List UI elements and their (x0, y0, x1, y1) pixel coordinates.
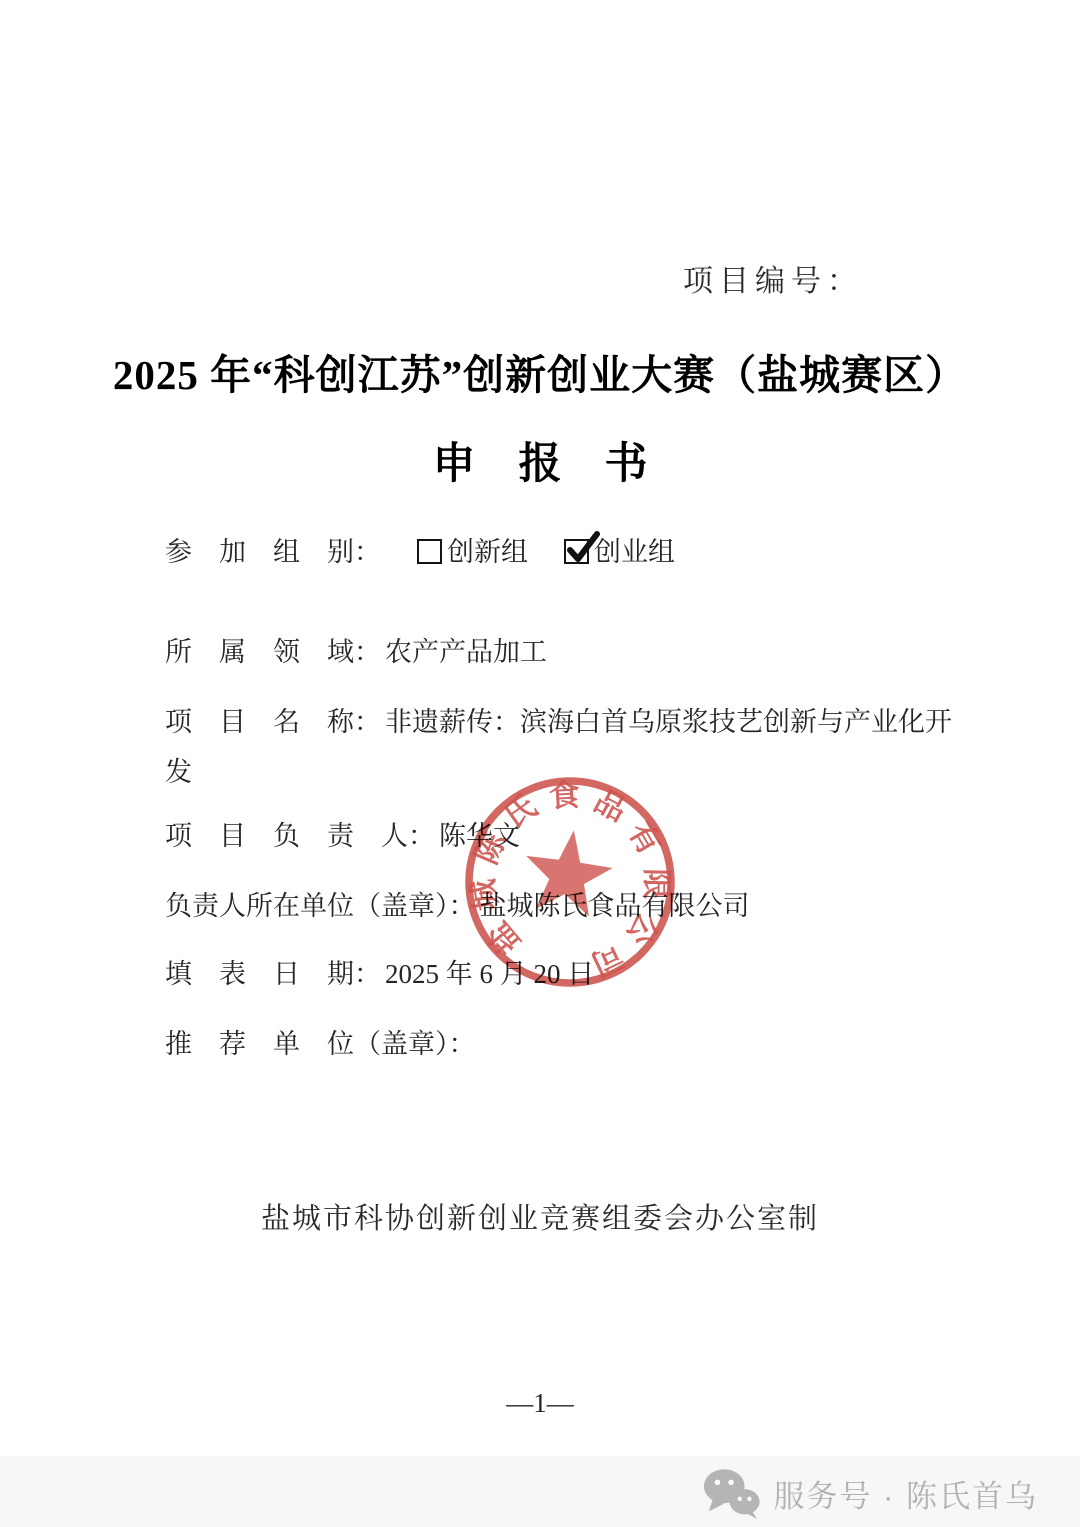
field-row-recommend-unit: 推 荐 单 位（盖章）： (165, 1020, 957, 1070)
field-row-group: 参 加 组 别： 创新组 创业组 (165, 528, 957, 578)
field-label-group: 参 加 组 别： (165, 537, 381, 567)
field-label-project-leader: 项 目 负 责 人： (165, 821, 435, 851)
watermark-text: 服务号 · 陈氏首乌 (773, 1471, 1038, 1516)
checkmark-icon (564, 528, 600, 564)
field-label-recommend-unit: 推 荐 单 位（盖章）： (165, 1029, 476, 1059)
checkbox-checked-icon[interactable] (564, 539, 589, 564)
field-label-fill-date: 填 表 日 期： (165, 959, 381, 989)
checkbox-option-innovation[interactable]: 创新组 (417, 528, 528, 578)
field-row-leader-unit: 负责人所在单位（盖章）：盐城陈氏食品有限公司 (165, 882, 957, 932)
field-value-leader-unit: 盐城陈氏食品有限公司 (480, 891, 750, 921)
field-row-fill-date: 填 表 日 期：2025 年 6 月 20 日 (165, 950, 957, 1000)
field-row-project-leader: 项 目 负 责 人：陈华文 (165, 812, 957, 862)
checkbox-label: 创新组 (447, 537, 528, 567)
page-title: 2025 年“科创江苏”创新创业大赛（盐城赛区） (0, 342, 1080, 401)
checkbox-option-entrepreneurship[interactable]: 创业组 (564, 528, 675, 578)
field-label-leader-unit: 负责人所在单位（盖章）： (165, 891, 476, 921)
field-label-domain: 所 属 领 域： (165, 637, 381, 667)
field-value-project-leader: 陈华文 (439, 821, 520, 851)
checkbox-label: 创业组 (594, 537, 675, 567)
wechat-icon (701, 1466, 763, 1520)
project-number-label: 项目编号： (683, 256, 863, 300)
field-row-project-name: 项 目 名 称：非遗薪传：滨海白首乌原浆技艺创新与产业化开发 (165, 698, 957, 798)
page-number: —1— (0, 1388, 1080, 1419)
page-subtitle: 申 报 书 (0, 430, 1080, 491)
wechat-watermark: 服务号 · 陈氏首乌 (701, 1466, 1038, 1520)
application-form-page: 项目编号： 2025 年“科创江苏”创新创业大赛（盐城赛区） 申 报 书 参 加… (0, 0, 1080, 1527)
issuing-office-line: 盐城市科协创新创业竞赛组委会办公室制 (0, 1196, 1080, 1237)
field-row-domain: 所 属 领 域：农产产品加工 (165, 628, 957, 678)
field-value-fill-date: 2025 年 6 月 20 日 (385, 959, 594, 989)
field-label-project-name: 项 目 名 称： (165, 707, 381, 737)
field-value-domain: 农产产品加工 (385, 637, 547, 667)
checkbox-unchecked-icon[interactable] (417, 539, 442, 564)
